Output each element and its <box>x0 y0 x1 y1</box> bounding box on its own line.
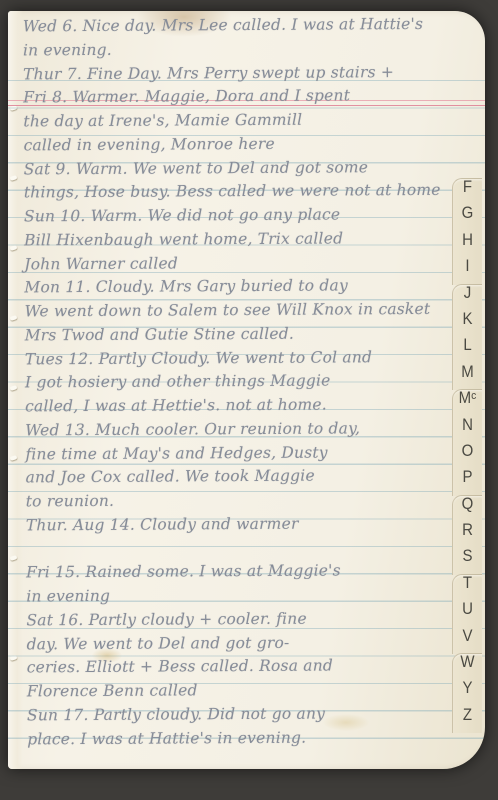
index-tab-letter: I <box>453 257 482 286</box>
index-tab-letter: P <box>453 468 482 497</box>
binding-stitch <box>10 385 18 391</box>
index-tab-letter: L <box>453 336 482 365</box>
diary-line: Sat 9. Warm. We went to Del and got some <box>24 157 470 183</box>
diary-line: in evening. <box>23 38 469 64</box>
index-tab-letter: M <box>453 363 482 392</box>
binding-edge <box>8 11 23 769</box>
diary-line: day. We went to Del and got gro- <box>27 632 473 658</box>
diary-line: Florence Benn called <box>27 680 473 706</box>
diary-line: things, Hose busy. Bess called we were n… <box>24 181 470 207</box>
index-tab-letter: Mᶜ <box>453 389 482 418</box>
index-tab-letter: K <box>453 310 482 339</box>
index-tab-group: QRS <box>452 495 482 575</box>
index-tab-letter: T <box>453 574 482 603</box>
index-tab-letter: H <box>453 231 482 260</box>
binding-stitch <box>10 315 18 321</box>
diary-line: ceries. Elliott + Bess called. Rosa and <box>27 656 473 682</box>
diary-line: Wed 13. Much cooler. Our reunion to day, <box>25 418 471 444</box>
diary-line: called in evening, Monroe here <box>23 133 469 159</box>
diary-line: Sat 16. Partly cloudy + cooler. fine <box>26 608 472 634</box>
diary-line: Mrs Twod and Gutie Stine called. <box>25 323 471 349</box>
diary-line: Sun 10. Warm. We did not go any place <box>24 205 470 231</box>
index-tab-letter: G <box>453 204 482 233</box>
diary-line: Thur. Aug 14. Cloudy and warmer <box>26 513 472 539</box>
index-tab-letter: Q <box>453 495 482 524</box>
index-tab-letter: J <box>453 284 482 313</box>
diary-page: Wed 6. Nice day. Mrs Lee called. I was a… <box>8 11 485 769</box>
diary-line: called, I was at Hettie's. not at home. <box>25 395 471 421</box>
binding-stitch <box>10 555 18 561</box>
diary-line: Bill Hixenbaugh went home, Trix called <box>24 228 470 254</box>
photo-backdrop: Wed 6. Nice day. Mrs Lee called. I was a… <box>0 0 498 800</box>
index-tab-group: MᶜNOP <box>452 389 482 496</box>
index-tab-group: TUV <box>452 574 482 654</box>
diary-line: in evening <box>26 585 472 611</box>
index-tab-letter: V <box>453 627 482 656</box>
binding-stitch <box>10 175 18 181</box>
index-tab-letter: W <box>453 653 482 682</box>
diary-lines: Wed 6. Nice day. Mrs Lee called. I was a… <box>23 15 473 754</box>
binding-stitch <box>10 655 18 661</box>
index-tab-group: WYZ <box>452 653 482 733</box>
index-tab-group: FGHI <box>452 178 482 285</box>
diary-line <box>26 537 472 563</box>
index-tab-letter: Y <box>453 679 482 708</box>
diary-line: Fri 15. Rained some. I was at Maggie's <box>26 561 472 587</box>
diary-line: to reunion. <box>26 490 472 516</box>
index-tab-letter: O <box>453 442 482 471</box>
diary-line: Fri 8. Warmer. Maggie, Dora and I spent <box>23 86 469 112</box>
index-tab-letter: N <box>453 415 482 444</box>
binding-stitch <box>10 455 18 461</box>
diary-line: and Joe Cox called. We took Maggie <box>26 466 472 492</box>
index-tab-letter: Z <box>453 706 482 735</box>
index-tab-group: JKLM <box>452 284 482 391</box>
diary-line: the day at Irene's, Mamie Gammill <box>23 110 469 136</box>
diary-line: Thur 7. Fine Day. Mrs Perry swept up sta… <box>23 62 469 88</box>
index-tab-letter: U <box>453 600 482 629</box>
diary-line: Sun 17. Partly cloudy. Did not go any <box>27 703 473 729</box>
index-tab-letter: S <box>453 547 482 576</box>
diary-line: Mon 11. Cloudy. Mrs Gary buried to day <box>24 276 470 302</box>
diary-line: I got hosiery and other things Maggie <box>25 371 471 397</box>
binding-stitch <box>10 245 18 251</box>
diary-line: Wed 6. Nice day. Mrs Lee called. I was a… <box>23 15 469 41</box>
diary-line: Tues 12. Partly Cloudy. We went to Col a… <box>25 347 471 373</box>
diary-line: fine time at May's and Hedges, Dusty <box>25 442 471 468</box>
diary-line: John Warner called <box>24 252 470 278</box>
diary-line: place. I was at Hattie's in evening. <box>27 727 473 753</box>
alphabet-index-strip: FGHIJKLMMᶜNOPQRSTUVWYZ <box>452 179 482 733</box>
index-tab-letter: R <box>453 521 482 550</box>
diary-line: We went down to Salem to see Will Knox i… <box>24 300 470 326</box>
index-tab-letter: F <box>453 178 482 207</box>
